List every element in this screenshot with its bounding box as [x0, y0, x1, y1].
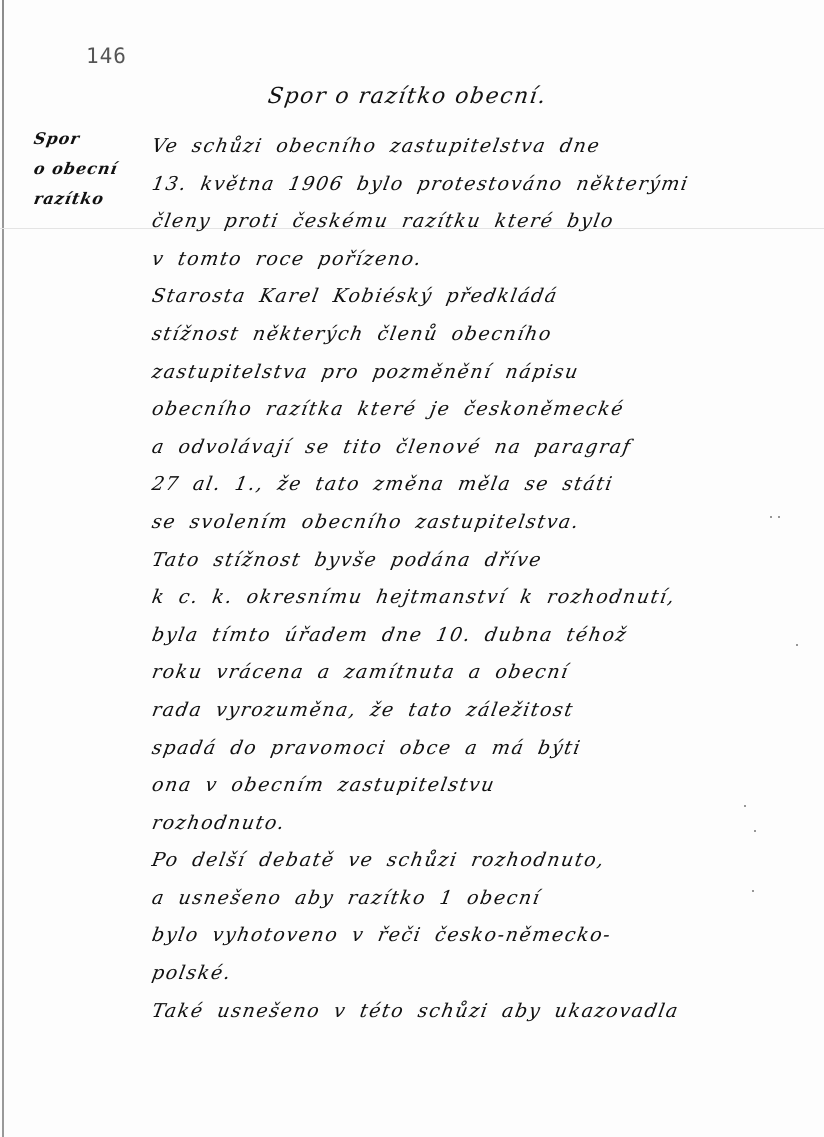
body-line: Po delší debatě ve schůzi rozhodnuto, — [149, 842, 806, 880]
margin-note: Spor o obecní razítko — [34, 124, 144, 214]
scan-speck — [778, 516, 780, 518]
body-line: obecního razítka které je českoněmecké — [149, 391, 806, 429]
page-number: 146 — [86, 44, 127, 68]
scan-speck — [770, 516, 772, 518]
body-line: polské. — [149, 955, 806, 993]
body-line: v tomto roce pořízeno. — [149, 241, 806, 279]
body-line: ona v obecním zastupitelstvu — [149, 767, 806, 805]
body-line: Tato stížnost byvše podána dříve — [149, 542, 806, 580]
scan-speck — [744, 805, 746, 807]
page-heading: Spor o razítko obecní. — [266, 84, 548, 109]
body-line: stížnost některých členů obecního — [149, 316, 806, 354]
scan-speck — [796, 644, 798, 646]
scan-speck — [754, 830, 756, 832]
body-line: rada vyrozuměna, že tato záležitost — [149, 692, 806, 730]
body-line: zastupitelstva pro pozměnění nápisu — [149, 354, 806, 392]
body-line: k c. k. okresnímu hejtmanství k rozhodnu… — [149, 579, 806, 617]
body-line: a odvolávají se tito členové na paragraf — [149, 429, 806, 467]
body-line: 13. května 1906 bylo protestováno někter… — [149, 166, 806, 204]
body-line: spadá do pravomoci obce a má býti — [149, 730, 806, 768]
scanned-page: 146 Spor o razítko obecní. Spor o obecní… — [0, 0, 824, 1137]
margin-note-line: razítko — [31, 184, 146, 214]
body-line: roku vrácena a zamítnuta a obecní — [149, 654, 806, 692]
body-line: Ve schůzi obecního zastupitelstva dne — [149, 128, 806, 166]
body-line: a usnešeno aby razítko 1 obecní — [149, 880, 806, 918]
body-line: se svolením obecního zastupitelstva. — [149, 504, 806, 542]
body-line: byla tímto úřadem dne 10. dubna téhož — [149, 617, 806, 655]
margin-note-line: Spor — [31, 124, 146, 154]
body-line: členy proti českému razítku které bylo — [149, 203, 806, 241]
body-line: Také usnešeno v této schůzi aby ukazovad… — [149, 993, 806, 1031]
body-line: rozhodnuto. — [149, 805, 806, 843]
body-line: 27 al. 1., že tato změna měla se státi — [149, 466, 806, 504]
margin-note-line: o obecní — [31, 154, 146, 184]
page-left-edge — [2, 0, 4, 1137]
scan-speck — [752, 890, 754, 892]
body-line: bylo vyhotoveno v řeči česko-německo- — [149, 917, 806, 955]
handwritten-body: Ve schůzi obecního zastupitelstva dne 13… — [152, 128, 802, 1030]
body-line: Starosta Karel Kobiéský předkládá — [149, 278, 806, 316]
